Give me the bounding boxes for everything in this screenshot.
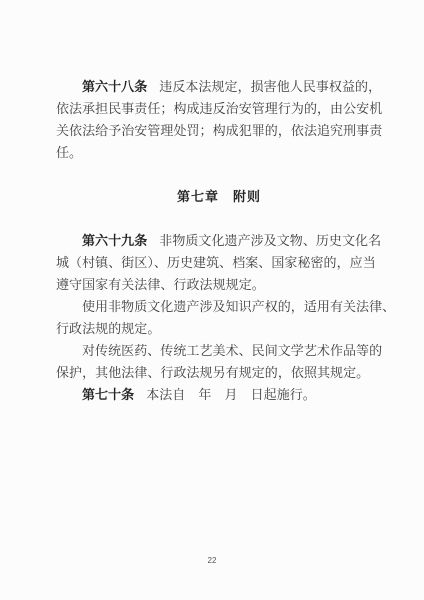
line-text: 遵守国家有关法律、行政法规规定。 [56,277,265,292]
text-block: 第六十八条违反本法规定，损害他人民事权益的，依法承担民事责任；构成违反治安管理行… [56,76,382,406]
text-line: 遵守国家有关法律、行政法规规定。 [56,274,382,296]
text-line: 依法承担民事责任；构成违反治安管理行为的，由公安机 [56,98,382,120]
text-line: 第六十九条非物质文化遗产涉及文物、历史文化名 [56,230,382,252]
text-line: 任。 [56,142,382,164]
line-text: 行政法规的规定。 [56,321,160,336]
line-text: 任。 [56,145,82,160]
text-line: 关依法给予治安管理处罚；构成犯罪的，依法追究刑事责 [56,120,382,142]
text-line: 城（村镇、街区）、历史建筑、档案、国家秘密的，应当 [56,252,382,274]
document-page: 第六十八条违反本法规定，损害他人民事权益的，依法承担民事责任；构成违反治安管理行… [0,0,424,600]
line-text: 使用非物质文化遗产涉及知识产权的，适用有关法律、 [82,299,395,314]
line-text: 保护，其他法律、行政法规另有规定的，依照其规定。 [56,365,369,380]
line-text: 依法承担民事责任；构成违反治安管理行为的，由公安机 [56,101,382,116]
line-text: 关依法给予治安管理处罚；构成犯罪的，依法追究刑事责 [56,123,382,138]
text-line: 对传统医药、传统工艺美术、民间文学艺术作品等的 [56,340,382,362]
page-number: 22 [0,556,424,566]
text-line: 保护，其他法律、行政法规另有规定的，依照其规定。 [56,362,382,384]
text-line: 第六十八条违反本法规定，损害他人民事权益的， [56,76,382,98]
text-line: 使用非物质文化遗产涉及知识产权的，适用有关法律、 [56,296,382,318]
line-text: 本法自 年 月 日起施行。 [146,387,316,402]
article-number: 第七十条 [82,387,134,402]
text-line: 第七十条本法自 年 月 日起施行。 [56,384,382,406]
text-line: 行政法规的规定。 [56,318,382,340]
article-number: 第六十九条 [82,233,147,248]
line-text: 违反本法规定，损害他人民事权益的， [159,79,381,94]
line-text: 对传统医药、传统工艺美术、民间文学艺术作品等的 [82,343,382,358]
line-text: 第七章 附则 [177,189,261,204]
line-text: 非物质文化遗产涉及文物、历史文化名 [159,233,381,248]
article-number: 第六十八条 [82,79,147,94]
line-text: 城（村镇、街区）、历史建筑、档案、国家秘密的，应当 [56,255,376,270]
chapter-heading: 第七章 附则 [56,186,382,208]
